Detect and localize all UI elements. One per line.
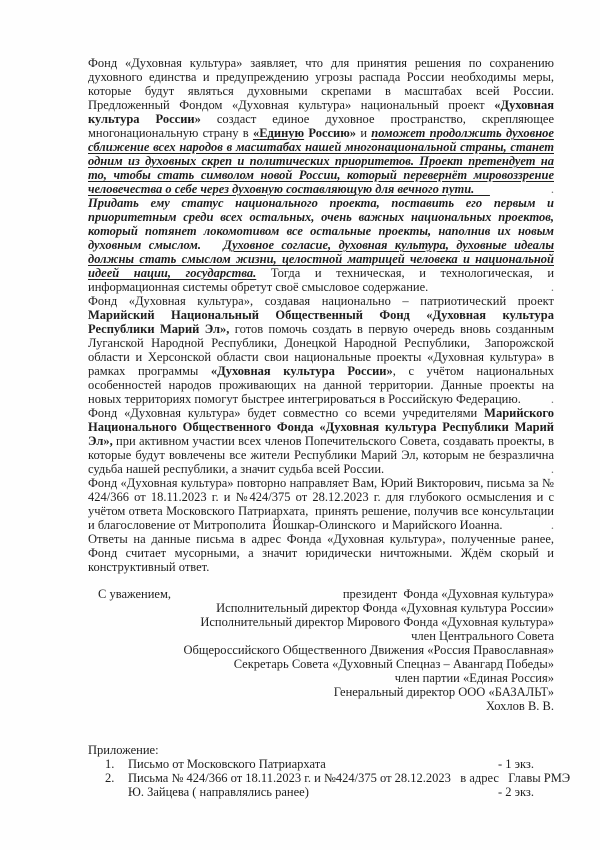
justify-dot: . xyxy=(551,462,554,476)
text-run: Фонд «Духовная культура» будет совместно… xyxy=(88,406,484,420)
attachment-item-body: Письмо от Московского Патриархата - 1 эк… xyxy=(128,757,554,771)
paragraph-6: Ответы на данные письма в адрес Фонда «Д… xyxy=(88,532,554,574)
text-run: Фонд «Духовная культура», создавая нацио… xyxy=(88,294,554,308)
signature-block: С уважением, президент Фонда «Духовная к… xyxy=(88,587,554,713)
text-run: Фонд «Духовная культура» заявляет, что д… xyxy=(88,56,554,112)
signature-title-line: Исполнительный директор Фонда «Духовная … xyxy=(88,601,554,615)
letter-page: Фонд «Духовная культура» заявляет, что д… xyxy=(0,0,600,850)
attachment-item: 1. Письмо от Московского Патриархата - 1… xyxy=(88,757,554,771)
text-run: Фонд «Духовная культура» повторно направ… xyxy=(88,476,554,532)
attachment-item-number: 1. xyxy=(105,757,128,771)
justify-dot: . xyxy=(551,518,554,532)
attachment-item-row: Ю. Зайцева ( направлялись ранее) - 2 экз… xyxy=(128,785,554,799)
letter-content: Фонд «Духовная культура» заявляет, что д… xyxy=(88,56,554,799)
signature-title-line: Секретарь Совета «Духовный Спецназ – Ава… xyxy=(88,657,554,671)
signature-title-line: Генеральный директор ООО «БАЗАЛЬТ» xyxy=(88,685,554,699)
attachment-item-number: 2. xyxy=(105,771,128,799)
paragraph-3: Фонд «Духовная культура», создавая нацио… xyxy=(88,294,554,406)
signer-name: Хохлов В. В. xyxy=(88,699,554,713)
signature-title-line: Исполнительный директор Мирового Фонда «… xyxy=(88,615,554,629)
signature-title-line: член Центрального Совета xyxy=(88,629,554,643)
text-run-bold-underline: «Единую xyxy=(253,126,304,140)
text-run: при активном участии всех членов Попечит… xyxy=(88,434,554,476)
salutation: С уважением, xyxy=(88,587,171,601)
paragraph-4: Фонд «Духовная культура» будет совместно… xyxy=(88,406,554,476)
text-run-bold: Россию» xyxy=(304,126,356,140)
attachment-item: 2. Письма № 424/366 от 18.11.2023 г. и №… xyxy=(88,771,554,799)
text-run-bold: «Духовная культура России» xyxy=(211,364,393,378)
justify-dot: . xyxy=(551,280,554,294)
attachment-item-text: Письма № 424/366 от 18.11.2023 г. и №424… xyxy=(128,771,554,785)
attachment-block: Приложение: 1. Письмо от Московского Пат… xyxy=(88,743,554,799)
signature-row-1: С уважением, президент Фонда «Духовная к… xyxy=(88,587,554,601)
attachment-item-text: Письмо от Московского Патриархата xyxy=(128,757,326,771)
attachment-copies: - 2 экз. xyxy=(498,785,534,799)
signature-title-line: президент Фонда «Духовная культура» xyxy=(343,587,554,601)
signature-title-line: Общероссийского Общественного Движения «… xyxy=(88,643,554,657)
paragraph-2: Придать ему статус национального проекта… xyxy=(88,196,554,294)
attachment-copies: - 1 экз. xyxy=(498,757,534,771)
justify-dot: . xyxy=(551,392,554,406)
paragraph-5: Фонд «Духовная культура» повторно направ… xyxy=(88,476,554,532)
paragraph-1: Фонд «Духовная культура» заявляет, что д… xyxy=(88,56,554,196)
attachment-heading: Приложение: xyxy=(88,743,554,757)
attachment-item-text: Ю. Зайцева ( направлялись ранее) xyxy=(128,785,309,799)
text-run: и xyxy=(356,126,371,140)
signature-title-line: член партии «Единая Россия» xyxy=(88,671,554,685)
attachment-item-row: Письмо от Московского Патриархата - 1 эк… xyxy=(128,757,554,771)
justify-dot: . xyxy=(551,182,554,196)
text-run: Ответы на данные письма в адрес Фонда «Д… xyxy=(88,532,554,574)
attachment-item-body: Письма № 424/366 от 18.11.2023 г. и №424… xyxy=(128,771,554,799)
